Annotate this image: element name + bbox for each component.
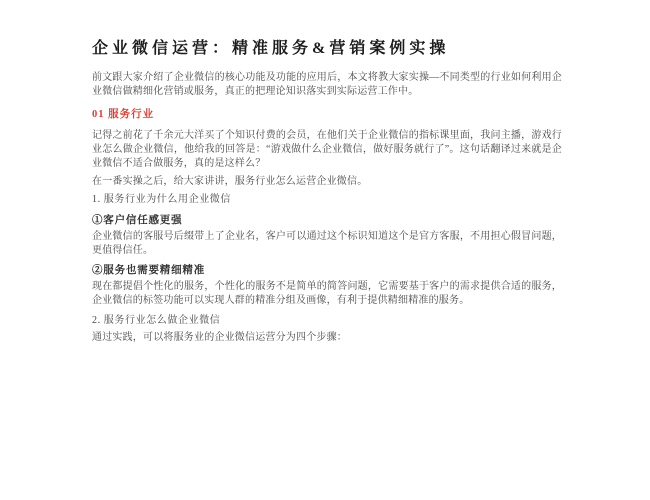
- steps-intro-paragraph: 通过实践，可以将服务业的企业微信运营分为四个步骤：: [92, 331, 562, 345]
- list-item-how-to-do-wecom: 2. 服务行业怎么做企业微信: [92, 314, 562, 328]
- page-title: 企业微信运营：精准服务&营销案例实操: [92, 38, 562, 60]
- trust-paragraph: 企业微信的客服号后缀带上了企业名，客户可以通过这个标识知道这个是官方客服，不用担…: [92, 230, 562, 258]
- section-heading-service-industry: 01 服务行业: [92, 108, 562, 121]
- precision-paragraph: 现在都提倡个性化的服务，个性化的服务不是简单的简答问题，它需要基于客户的需求提供…: [92, 280, 562, 308]
- transition-paragraph: 在一番实操之后，给大家讲讲，服务行业怎么运营企业微信。: [92, 175, 562, 189]
- list-item-why-use-wecom: 1. 服务行业为什么用企业微信: [92, 193, 562, 207]
- intro-paragraph: 前文跟大家介绍了企业微信的核心功能及功能的应用后，本文将教大家实操—不同类型的行…: [92, 71, 562, 99]
- subheading-precise-service: ②服务也需要精细精准: [92, 264, 562, 277]
- article-page: 企业微信运营：精准服务&营销案例实操 前文跟大家介绍了企业微信的核心功能及功能的…: [0, 0, 650, 500]
- story-paragraph: 记得之前花了千余元大洋买了个知识付费的会员，在他们关于企业微信的指标课里面，我问…: [92, 129, 562, 171]
- subheading-customer-trust: ①客户信任感更强: [92, 214, 562, 227]
